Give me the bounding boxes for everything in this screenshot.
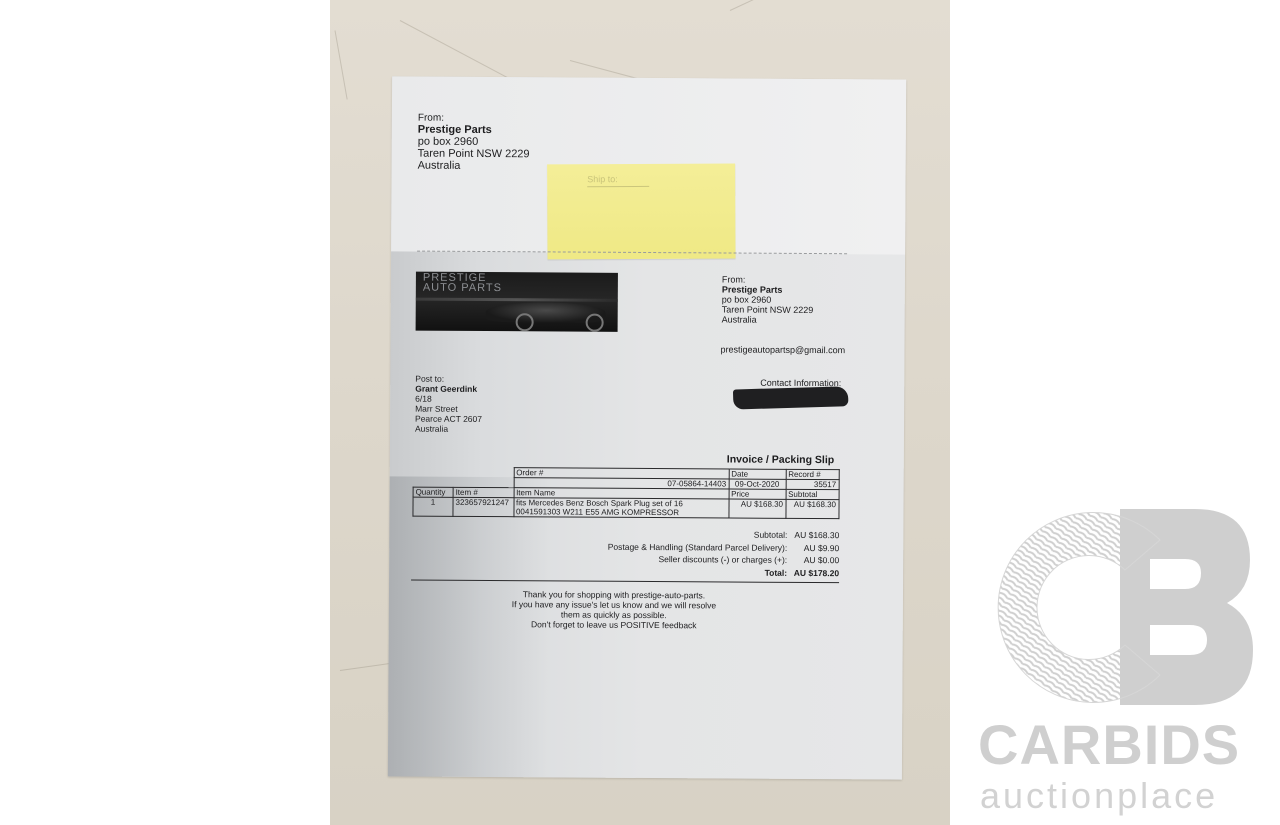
date-header: Date (729, 469, 786, 479)
sender-line3: Australia (722, 314, 814, 325)
row-item-name-line2: 0041591303 W211 E55 AMG KOMPRESSOR (516, 507, 726, 517)
price-header: Price (729, 489, 786, 499)
row-subtotal: AU $168.30 (785, 499, 838, 518)
record-no-header: Record # (786, 469, 839, 479)
invoice-title: Invoice / Packing Slip (727, 453, 834, 466)
top-sender-line2: Taren Point NSW 2229 (418, 148, 530, 161)
sender-label: From: (722, 274, 814, 285)
row-price: AU $168.30 (728, 499, 785, 518)
top-sender-line3: Australia (418, 160, 530, 173)
sender-line2: Taren Point NSW 2229 (722, 304, 814, 315)
totals-block: Subtotal: AU $168.30 Postage & Handling … (559, 527, 839, 579)
invoice-table: Order # Date Record # 07-05864-14403 09-… (412, 467, 839, 520)
logo-text: PRESTIGE AUTO PARTS (423, 273, 502, 293)
sticky-note: Ship to: (547, 164, 735, 260)
top-sender-name: Prestige Parts (418, 124, 530, 137)
top-from-label: From: (418, 113, 444, 124)
logo-streak (416, 298, 618, 302)
invoice-paper: From: Prestige Parts po box 2960 Taren P… (388, 76, 906, 779)
subtotal-value: AU $168.30 (787, 529, 839, 542)
quantity-header: Quantity (413, 487, 453, 497)
footer-line4: Don't forget to leave us POSITIVE feedba… (499, 619, 729, 630)
recipient-label: Post to: (415, 374, 482, 384)
record-no-value: 35517 (786, 479, 839, 489)
recipient-address: Post to: Grant Geerdink 6/18 Marr Street… (415, 374, 482, 434)
total-value: AU $178.20 (787, 566, 839, 579)
recipient-name: Grant Geerdink (415, 384, 482, 394)
recipient-line3: Pearce ACT 2607 (415, 414, 482, 424)
footer-message: Thank you for shopping with prestige-aut… (499, 589, 729, 630)
surface-scratch (340, 663, 390, 671)
top-sender-address: Prestige Parts po box 2960 Taren Point N… (418, 124, 530, 173)
footer-line2: If you have any issue's let us know and … (499, 599, 729, 610)
row-item-no: 323657921247 (453, 497, 514, 516)
subtotal-header: Subtotal (786, 489, 839, 499)
top-sender-line1: po box 2960 (418, 136, 530, 149)
surface-scratch (730, 0, 912, 11)
sender-address: From: Prestige Parts po box 2960 Taren P… (722, 274, 814, 325)
sender-name: Prestige Parts (722, 284, 814, 295)
redaction-mark (733, 386, 849, 409)
table-row: 1 323657921247 fits Mercedes Benz Bosch … (413, 497, 839, 519)
recipient-line1: 6/18 (415, 394, 482, 404)
row-quantity: 1 (413, 497, 453, 516)
postage-label: Postage & Handling (Standard Parcel Deli… (608, 540, 788, 554)
discounts-value: AU $0.00 (787, 554, 839, 567)
sender-email: prestigeautopartsp@gmail.com (720, 344, 845, 355)
discounts-label: Seller discounts (-) or charges (+): (658, 553, 787, 566)
document-photo: From: Prestige Parts po box 2960 Taren P… (330, 0, 950, 825)
item-no-header: Item # (453, 487, 514, 497)
subtotal-label: Subtotal: (754, 529, 788, 542)
item-name-header: Item Name (514, 488, 729, 499)
carbids-logo-icon (975, 505, 1255, 710)
date-value: 09-Oct-2020 (729, 479, 786, 489)
total-row: Total: AU $178.20 (559, 565, 839, 579)
wheel-icon (516, 313, 534, 331)
logo-line2: AUTO PARTS (423, 283, 502, 293)
sender-line1: po box 2960 (722, 294, 814, 305)
recipient-line4: Australia (415, 424, 482, 434)
sticky-note-text: Ship to: (587, 174, 618, 184)
carbids-watermark: CARBIDS auctionplace (975, 505, 1255, 710)
watermark-brand: CARBIDS (978, 712, 1240, 777)
total-label: Total: (765, 566, 788, 579)
surface-scratch (335, 30, 348, 99)
wheel-icon (586, 314, 604, 332)
row-item-name: fits Mercedes Benz Bosch Spark Plug set … (513, 498, 728, 518)
watermark-tagline: auctionplace (980, 775, 1218, 817)
sticky-note-underline (587, 186, 649, 187)
company-logo: PRESTIGE AUTO PARTS (416, 272, 618, 332)
recipient-line2: Marr Street (415, 404, 482, 414)
postage-value: AU $9.90 (787, 541, 839, 554)
